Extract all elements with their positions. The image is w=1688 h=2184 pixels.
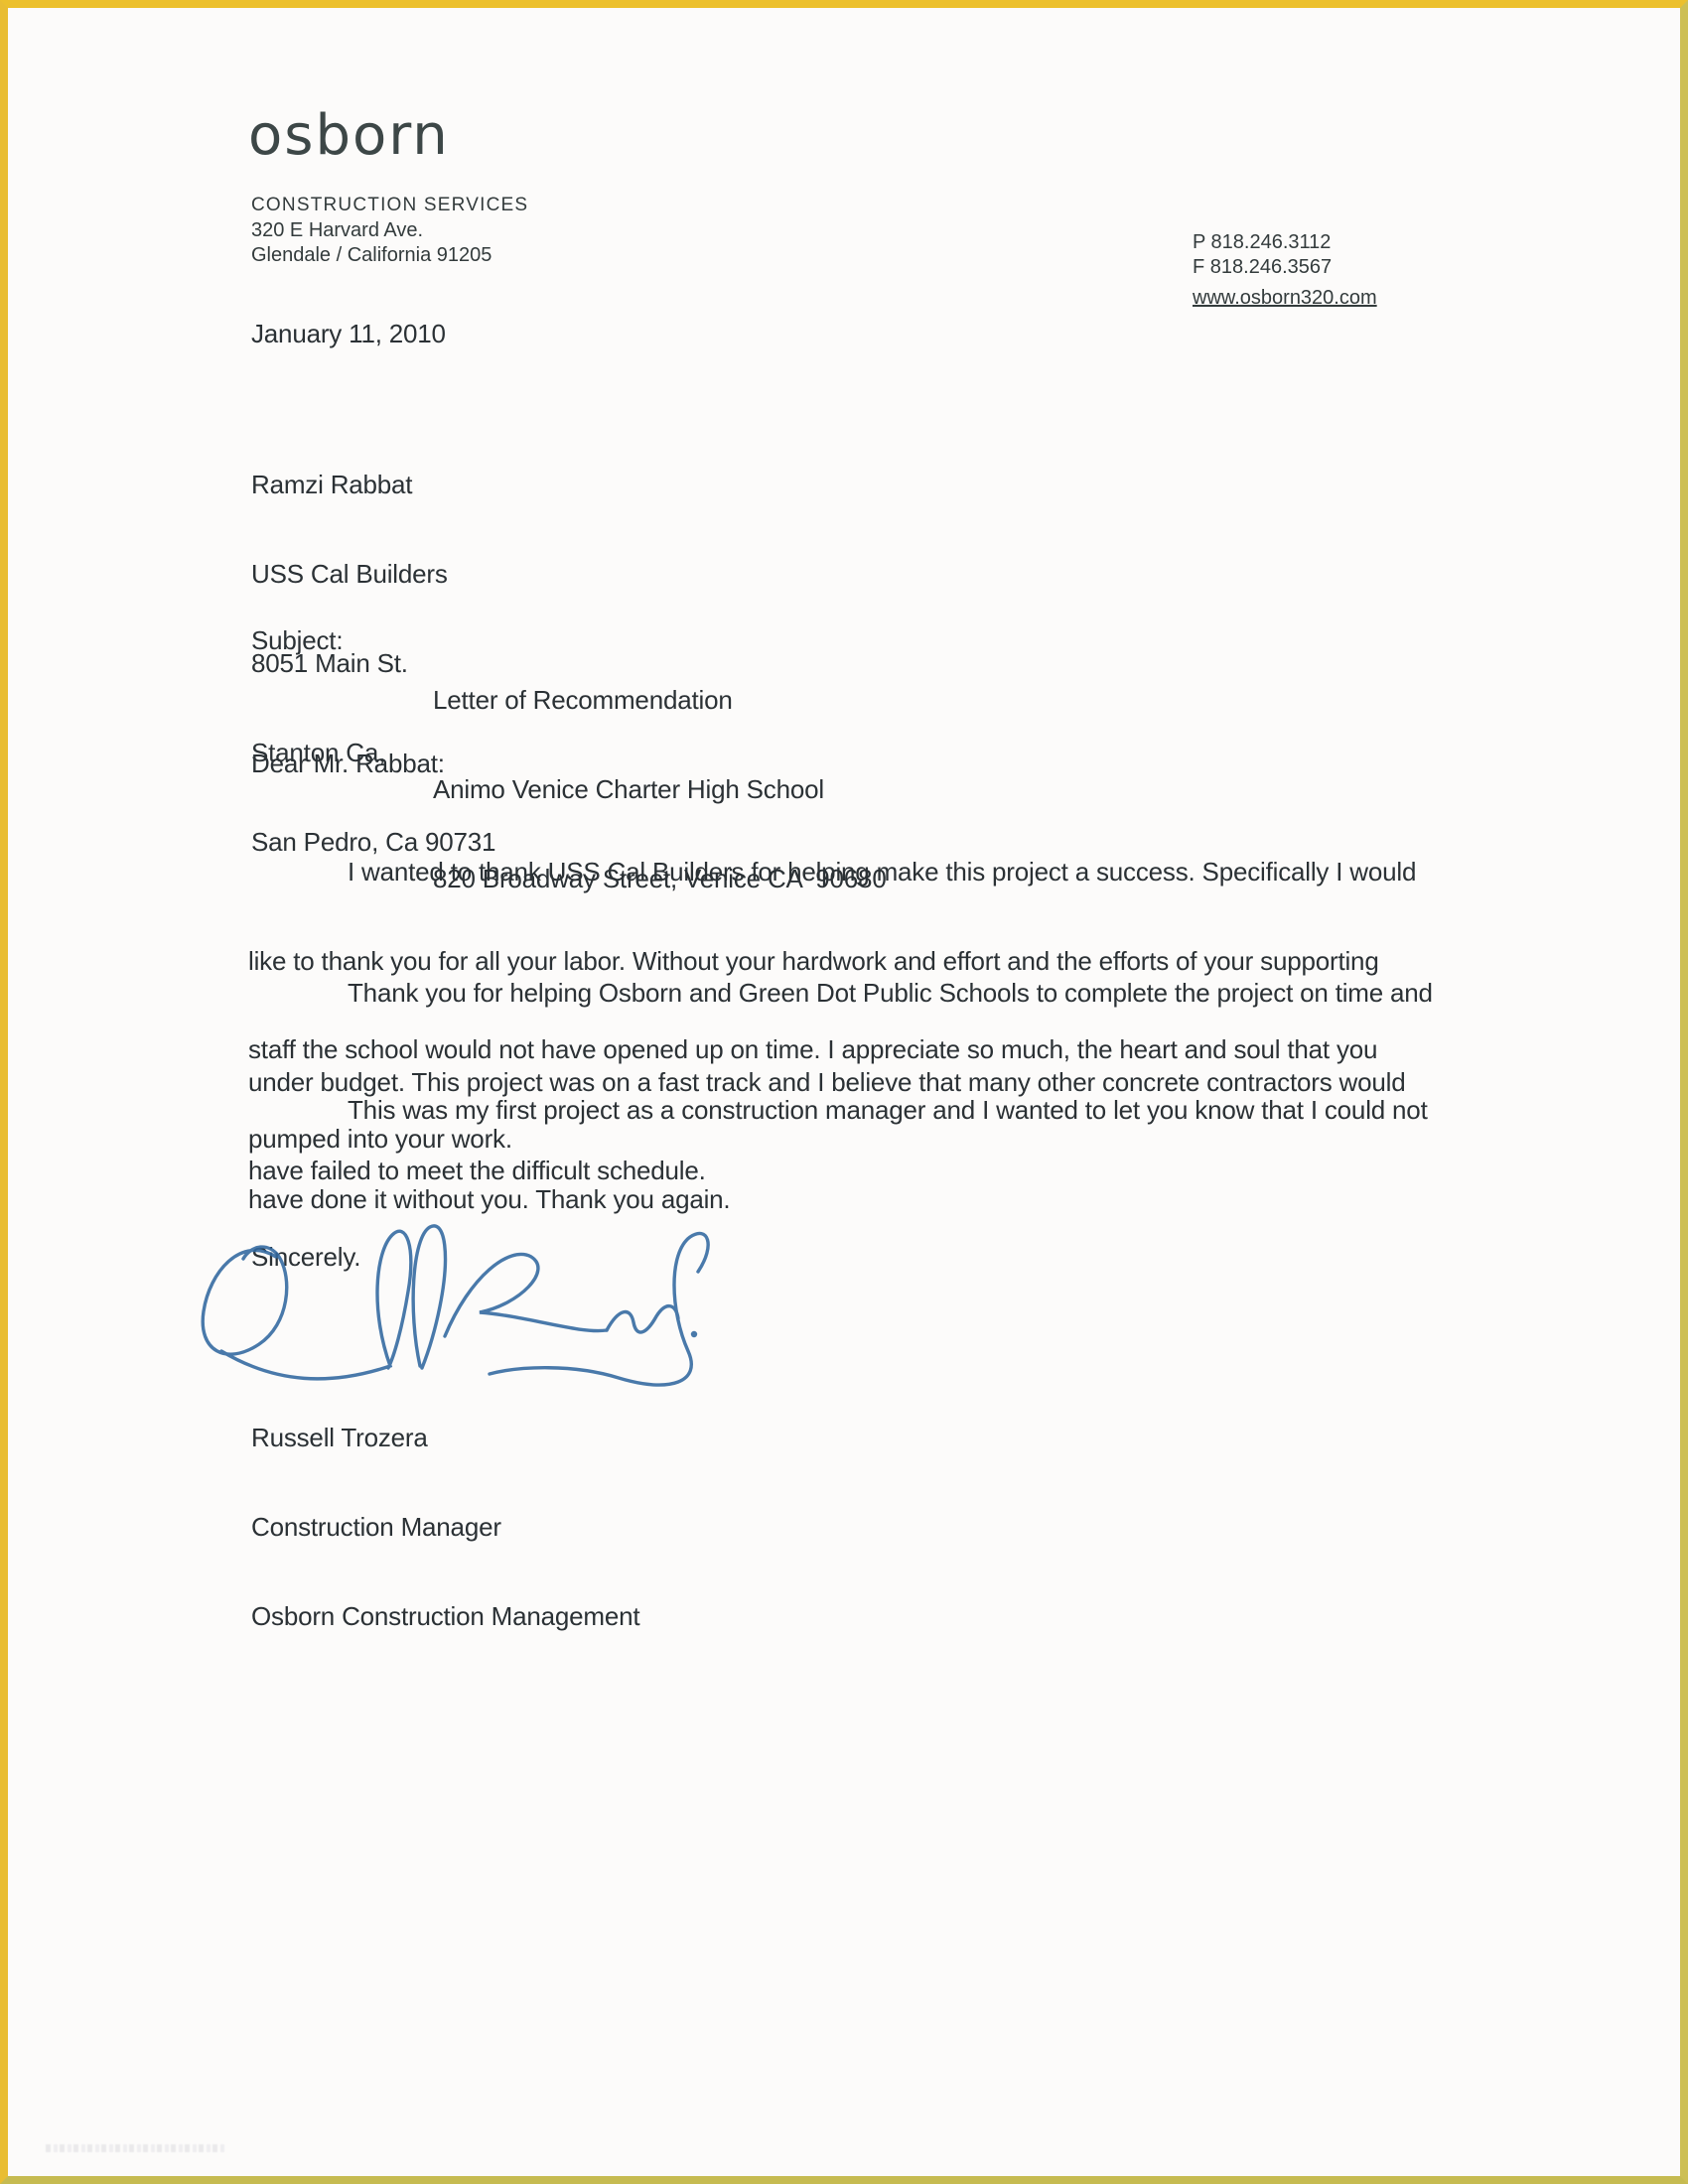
signature-block: Russell Trozera Construction Manager Osb… (251, 1363, 639, 1691)
subject-line-1: Letter of Recommendation (433, 685, 887, 715)
letterhead-contact-block: P 818.246.3112 F 818.246.3567 www.osborn… (1193, 230, 1377, 311)
letterhead-address-line2: Glendale / California 91205 (251, 243, 492, 268)
signer-company: Osborn Construction Management (251, 1601, 639, 1631)
letter-date: January 11, 2010 (251, 319, 446, 348)
salutation: Dear Mr. Rabbat: (251, 749, 445, 778)
letterhead-phone: P 818.246.3112 (1193, 230, 1377, 255)
paragraph-line: have done it without you. Thank you agai… (248, 1185, 1428, 1215)
paragraph-line: I wanted to thank USS Cal Builders for h… (248, 858, 1416, 887)
recipient-name: Ramzi Rabbat (251, 470, 495, 499)
letterhead-company-line: CONSTRUCTION SERVICES (251, 193, 528, 217)
recipient-company: USS Cal Builders (251, 559, 495, 589)
paragraph-line: Thank you for helping Osborn and Green D… (248, 979, 1433, 1009)
paragraph-line: This was my first project as a construct… (248, 1096, 1428, 1126)
letter-page: osborn CONSTRUCTION SERVICES 320 E Harva… (0, 0, 1688, 2184)
letterhead-website-link: www.osborn320.com (1193, 286, 1377, 311)
company-logo: osborn (248, 103, 450, 168)
signer-name: Russell Trozera (251, 1423, 639, 1452)
signer-title: Construction Manager (251, 1512, 639, 1542)
footer-watermark (46, 2144, 224, 2152)
letterhead-address-line1: 320 E Harvard Ave. (251, 218, 423, 243)
letterhead-fax: F 818.246.3567 (1193, 255, 1377, 280)
